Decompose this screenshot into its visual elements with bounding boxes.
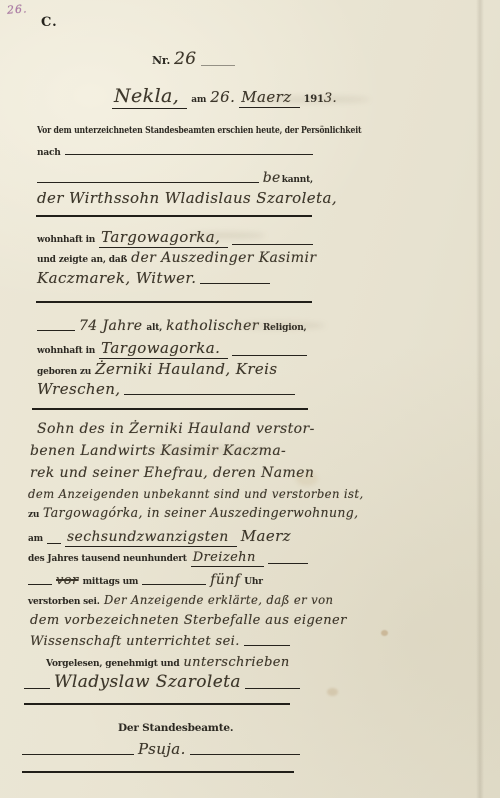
am-label: am xyxy=(191,95,206,105)
death-place: Targowagórka, in seiner Auszedingerwohnu… xyxy=(43,506,359,521)
statement-row-2: dem vorbezeichneten Sterbefalle aus eige… xyxy=(30,613,347,628)
parents-line1: Sohn des in Żerniki Hauland verstor- xyxy=(37,421,315,437)
death-month: Maerz xyxy=(241,527,291,545)
paper-stain xyxy=(327,688,338,696)
parents-line3: rek und seiner Ehefrau, deren Namen xyxy=(30,465,314,481)
record-number-label: Nr. xyxy=(152,54,170,67)
declarant-residence-row: wohnhaft in Targowagorka, xyxy=(37,228,313,248)
archival-margin-number: 26. xyxy=(7,2,28,16)
age-blank xyxy=(37,330,75,331)
paper-stain xyxy=(296,472,318,486)
record-number-value: 26 xyxy=(174,49,196,69)
wohnhaft-label-2: wohnhaft in xyxy=(37,346,95,356)
registrar-signature: Psuja. xyxy=(138,740,186,758)
hour-word: fünf xyxy=(210,572,240,588)
birthplace-blank xyxy=(124,394,295,395)
geboren-label: geboren zu xyxy=(37,367,91,377)
time-blank-2 xyxy=(142,584,206,585)
paper-stain xyxy=(381,630,388,636)
death-year-word: Dreizehn xyxy=(191,550,264,567)
nach-row: nach xyxy=(37,148,313,158)
deceased-name: Kaczmarek, Witwer. xyxy=(37,269,196,287)
residence-blank-2 xyxy=(232,355,307,356)
bekannt-row: be kannt, xyxy=(37,170,313,186)
date-day: 26. xyxy=(210,88,235,106)
registrar-label: Der Standesbeamte. xyxy=(118,722,233,734)
section-rule-3 xyxy=(32,408,308,410)
time-blank-1 xyxy=(28,584,52,585)
birthplace-line1: Żerniki Hauland, Kreis xyxy=(95,360,277,378)
ink-bleed-through xyxy=(235,322,325,329)
statement-line1: Der Anzeigende erklärte, daß er von xyxy=(104,593,333,607)
form-series-letter: C. xyxy=(41,15,58,30)
alt-label: alt, xyxy=(146,323,162,333)
statement-line2: dem vorbezeichneten Sterbefalle aus eige… xyxy=(30,613,347,628)
page-fold-shadow xyxy=(476,0,484,798)
death-time-row: vor mittags um fünf Uhr xyxy=(28,572,263,588)
registrar-label-row: Der Standesbeamte. xyxy=(118,722,233,734)
statement-row-1: verstorben sei. Der Anzeigende erklärte,… xyxy=(28,593,340,607)
death-record-page: 26. C. Nr. 26 Nekla, am 26. Maerz 191 3.… xyxy=(0,0,500,798)
signature-blank-trail xyxy=(245,688,300,689)
notice-row-2: Kaczmarek, Witwer. xyxy=(37,269,313,287)
verstorben-label: verstorben sei. xyxy=(28,597,100,607)
nach-label: nach xyxy=(37,148,61,158)
wohnhaft-label-1: wohnhaft in xyxy=(37,235,95,245)
closing-rule-1 xyxy=(24,703,290,705)
deceased-residence: Targowagorka. xyxy=(99,339,228,359)
approval-row: Vorgelesen, genehmigt und unterschrieben xyxy=(46,655,290,670)
bekannt-script-part: be xyxy=(263,170,281,186)
ink-bleed-through xyxy=(150,447,270,454)
vormittags-script: vor xyxy=(56,573,79,588)
unterschrieben-script: unterschrieben xyxy=(183,655,289,670)
bekannt-printed-part: kannt, xyxy=(282,175,313,185)
birthplace-line2: Wreschen, xyxy=(37,380,120,398)
am-label-2: am xyxy=(28,534,43,544)
statement-row-3: Wissenschaft unterrichtet sei. xyxy=(30,634,290,649)
identity-blank-2 xyxy=(37,182,259,183)
vorgelesen-label: Vorgelesen, genehmigt und xyxy=(46,659,179,669)
statement-blank xyxy=(244,645,290,646)
notice-row-1: und zeigte an, daß der Auszedinger Kasim… xyxy=(37,250,316,266)
death-year-row: des Jahres tausend neunhundert Dreizehn xyxy=(28,550,308,567)
parents-row-1: Sohn des in Żerniki Hauland verstor- xyxy=(37,421,315,437)
statement-line3: Wissenschaft unterrichtet sei. xyxy=(30,634,240,649)
closing-rule-2 xyxy=(22,771,294,773)
declarant-signature-row: Wladyslaw Szaroleta xyxy=(24,672,300,692)
ink-bleed-through xyxy=(250,96,370,103)
blank-after-number xyxy=(201,65,235,66)
registrar-blank-lead xyxy=(22,754,134,755)
parents-row-4: dem Anzeigenden unbekannt sind und verst… xyxy=(28,487,374,501)
death-day-word: sechsundzwanzigsten xyxy=(65,529,237,547)
deceased-blank xyxy=(200,283,270,284)
identity-blank-1 xyxy=(65,154,313,155)
declarant-signature: Wladyslaw Szaroleta xyxy=(54,672,241,692)
record-number-row: Nr. 26 xyxy=(152,49,235,69)
section-rule-2 xyxy=(36,301,312,303)
death-place-row: zu Targowagórka, in seiner Auszedingerwo… xyxy=(28,506,372,521)
declarant-name: der Wirthssohn Wladislaus Szaroleta, xyxy=(37,189,337,207)
place-name: Nekla, xyxy=(112,85,187,109)
date-blank-1 xyxy=(47,543,61,544)
intro-row: Vor dem unterzeichneten Standesbeamten e… xyxy=(37,126,414,136)
birthplace-row-1: geboren zu Żerniki Hauland, Kreis xyxy=(37,360,277,378)
parents-row-3: rek und seiner Ehefrau, deren Namen xyxy=(30,465,314,481)
parents-line4: dem Anzeigenden unbekannt sind und verst… xyxy=(28,487,364,501)
und-zeigte-label: und zeigte an, daß xyxy=(37,255,127,265)
zu-label: zu xyxy=(28,510,39,520)
registrar-blank-trail xyxy=(190,754,300,755)
residence-blank-1 xyxy=(232,244,313,245)
birthplace-row-2: Wreschen, xyxy=(37,380,295,398)
deceased-residence-row: wohnhaft in Targowagorka. xyxy=(37,339,307,359)
deceased-intro: der Auszedinger Kasimir xyxy=(131,250,316,266)
mittags-label: mittags um xyxy=(83,577,139,587)
death-date-row: am sechsundzwanzigsten Maerz xyxy=(28,527,291,547)
des-jahres-label: des Jahres tausend neunhundert xyxy=(28,554,187,564)
uhr-label: Uhr xyxy=(244,577,263,587)
age-value: 74 Jahre xyxy=(79,318,142,334)
section-rule-1 xyxy=(36,215,312,217)
declarant-name-row: der Wirthssohn Wladislaus Szaroleta, xyxy=(37,189,337,207)
registrar-signature-row: Psuja. xyxy=(22,740,300,758)
intro-line1: Vor dem unterzeichneten Standesbeamten e… xyxy=(37,126,361,136)
ink-bleed-through xyxy=(185,232,265,239)
year-blank xyxy=(268,563,308,564)
signature-blank-lead xyxy=(24,688,50,689)
